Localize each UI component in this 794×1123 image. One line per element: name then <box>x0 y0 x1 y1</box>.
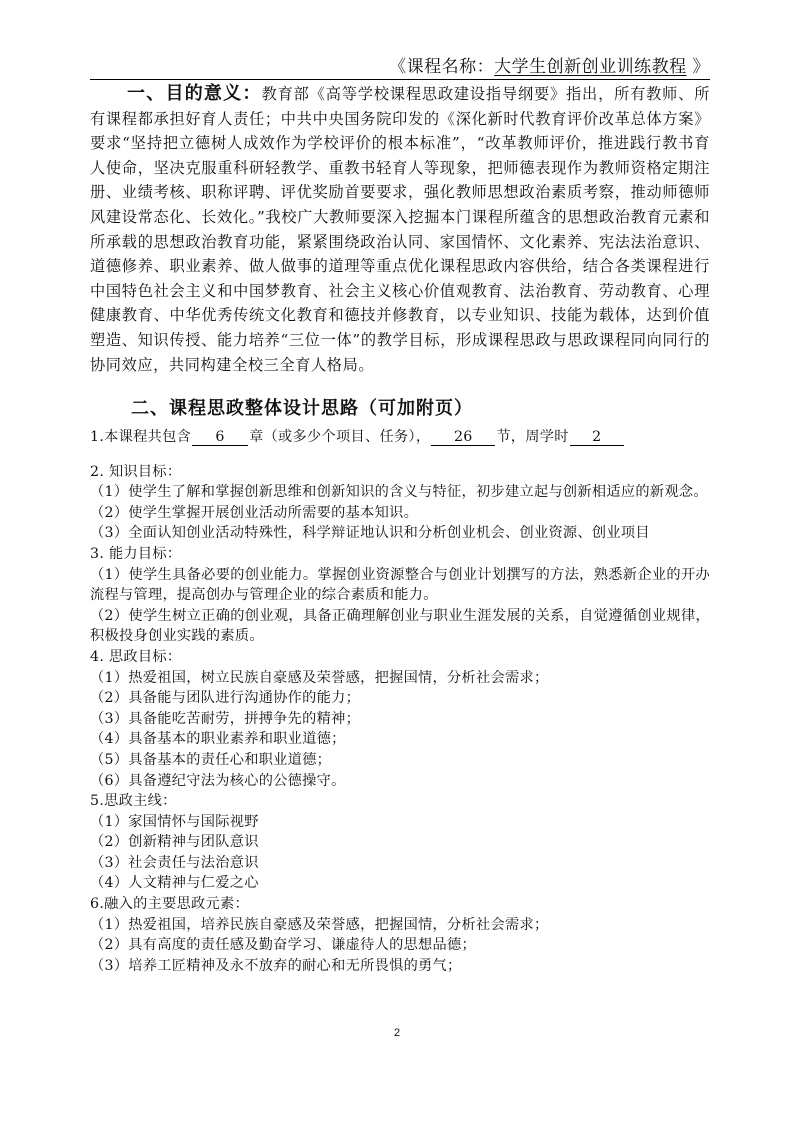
knowledge-goal-item: （2）使学生掌握开展创业活动所需要的基本知识。 <box>90 503 710 524</box>
sessions-suffix: 节，周学时 <box>496 429 568 445</box>
chapters-value: 6 <box>192 429 248 446</box>
knowledge-goal-item: （1）使学生了解和掌握创新思维和创新知识的含义与特征，初步建立起与创新相适应的新… <box>90 482 710 503</box>
ability-goals-title: 3. 能力目标： <box>90 544 710 565</box>
main-line-item: （4）人文精神与仁爱之心 <box>90 873 710 894</box>
course-label-close: 》 <box>687 57 710 77</box>
knowledge-goal-item: （3）全面认知创业活动特殊性，科学辩证地认识和分析创业机会、创业资源、创业项目 <box>90 523 710 544</box>
main-line-item: （3）社会责任与法治意识 <box>90 853 710 874</box>
ideological-goals-title: 4. 思政目标： <box>90 647 710 668</box>
course-name: 大学生创新创业训练教程 <box>494 57 687 77</box>
section-purpose-body: 教育部《高等学校课程思政建设指导纲要》指出，所有教师、所有课程都承担好育人责任；… <box>90 85 710 374</box>
elements-title: 6.融入的主要思政元素： <box>90 894 710 915</box>
page-number: 2 <box>0 1027 794 1039</box>
ability-goal-item: （2）使学生树立正确的创业观，具备正确理解创业与职业生涯发展的关系，自觉遵循创业… <box>90 606 710 647</box>
element-item: （1）热爱祖国，培养民族自豪感及荣誉感，把握国情，分析社会需求； <box>90 915 710 936</box>
section-purpose: 一、目的意义：教育部《高等学校课程思政建设指导纲要》指出，所有教师、所有课程都承… <box>90 82 710 377</box>
ideological-goal-item: （6）具备遵纪守法为核心的公德操守。 <box>90 771 710 792</box>
section-purpose-heading: 一、目的意义： <box>90 83 262 104</box>
main-lines-title: 5.思政主线： <box>90 791 710 812</box>
header-rule <box>90 79 710 80</box>
ideological-goal-item: （1）热爱祖国，树立民族自豪感及荣誉感，把握国情，分析社会需求； <box>90 668 710 689</box>
page-header: 《课程名称：大学生创新创业训练教程 》 <box>90 56 710 78</box>
ideological-goal-item: （5）具备基本的责任心和职业道德； <box>90 750 710 771</box>
main-line-item: （1）家国情怀与国际视野 <box>90 812 710 833</box>
ideological-goal-item: （3）具备能吃苦耐劳，拼搏争先的精神； <box>90 709 710 730</box>
weekly-hours-value: 2 <box>570 429 624 446</box>
ideological-goal-item: （2）具备能与团队进行沟通协作的能力； <box>90 688 710 709</box>
main-line-item: （2）创新精神与团队意识 <box>90 832 710 853</box>
section-design: 1.本课程共包含6章（或多少个项目、任务），26节，周学时2 2. 知识目标： … <box>90 427 710 976</box>
course-info-prefix: 1.本课程共包含 <box>90 429 191 445</box>
element-item: （3）培养工匠精神及永不放弃的耐心和无所畏惧的勇气； <box>90 956 710 977</box>
sessions-value: 26 <box>431 429 495 446</box>
spacer <box>90 448 710 462</box>
chapters-suffix: 章（或多少个项目、任务）， <box>249 429 430 445</box>
ability-goal-item: （1）使学生具备必要的创业能力。掌握创业资源整合与创业计划撰写的方法，熟悉新企业… <box>90 565 710 606</box>
course-label: 《课程名称： <box>389 57 494 77</box>
section-design-heading: 二、课程思政整体设计思路（可加附页） <box>131 396 473 422</box>
course-info-line: 1.本课程共包含6章（或多少个项目、任务），26节，周学时2 <box>90 427 710 448</box>
knowledge-goals-title: 2. 知识目标： <box>90 462 710 483</box>
element-item: （2）具有高度的责任感及勤奋学习、谦虚待人的思想品德； <box>90 935 710 956</box>
ideological-goal-item: （4）具备基本的职业素养和职业道德； <box>90 729 710 750</box>
